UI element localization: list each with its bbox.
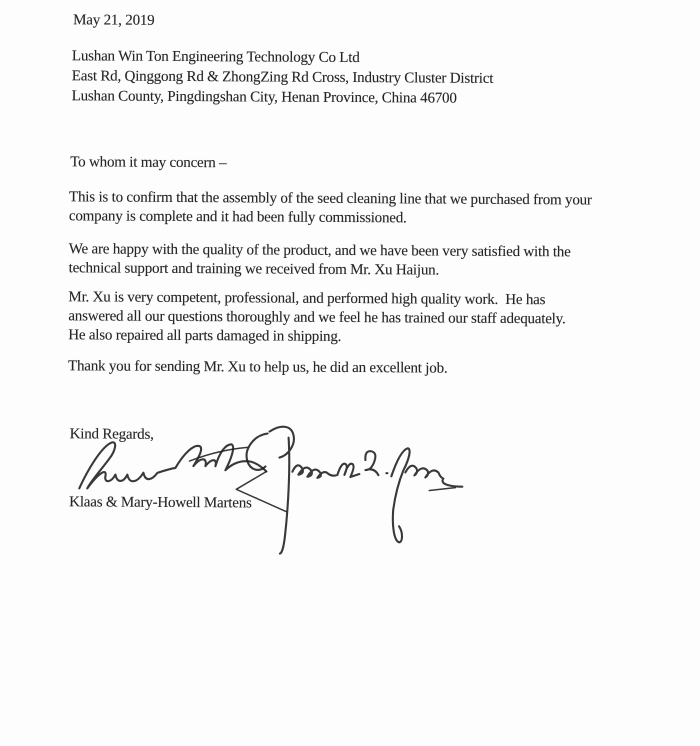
signature-r-initial [365, 451, 387, 475]
letter-date: May 21, 2019 [73, 11, 154, 30]
handwritten-signatures-ink [55, 416, 486, 567]
signature-klaas-path [79, 442, 266, 489]
paragraph-line: company is complete and it had been full… [69, 207, 592, 229]
paragraph-line: Thank you for sending Mr. Xu to help us,… [68, 357, 448, 378]
recipient-address-block: Lushan Win Ton Engineering Technology Co… [72, 46, 494, 109]
recipient-company: Lushan Win Ton Engineering Technology Co… [72, 46, 494, 69]
paragraph-confirmation: This is to confirm that the assembly of … [69, 188, 592, 229]
signature-maryhowell-monogram [246, 426, 294, 553]
paragraph-satisfaction: We are happy with the quality of the pro… [69, 240, 571, 281]
recipient-street: East Rd, Qinggong Rd & ZhongZing Rd Cros… [72, 66, 494, 89]
recipient-city: Lushan County, Pingdingshan City, Henan … [72, 86, 494, 109]
paragraph-line: technical support and training we receiv… [69, 259, 571, 281]
signature-maryhowell-cursive [292, 463, 359, 478]
typed-signature-names: Klaas & Mary-Howell Martens [69, 493, 252, 513]
letter-sheet: May 21, 2019 Lushan Win Ton Engineering … [0, 0, 700, 746]
paragraph-mr-xu: Mr. Xu is very competent, professional, … [68, 288, 566, 348]
signature-tail-double [429, 487, 455, 490]
salutation: To whom it may concern – [70, 153, 226, 173]
scanned-letter-page: May 21, 2019 Lushan Win Ton Engineering … [0, 0, 700, 746]
paragraph-thanks: Thank you for sending Mr. Xu to help us,… [68, 357, 448, 378]
paragraph-line: He also repaired all parts damaged in sh… [68, 326, 565, 348]
signature-martens-path [391, 448, 463, 542]
